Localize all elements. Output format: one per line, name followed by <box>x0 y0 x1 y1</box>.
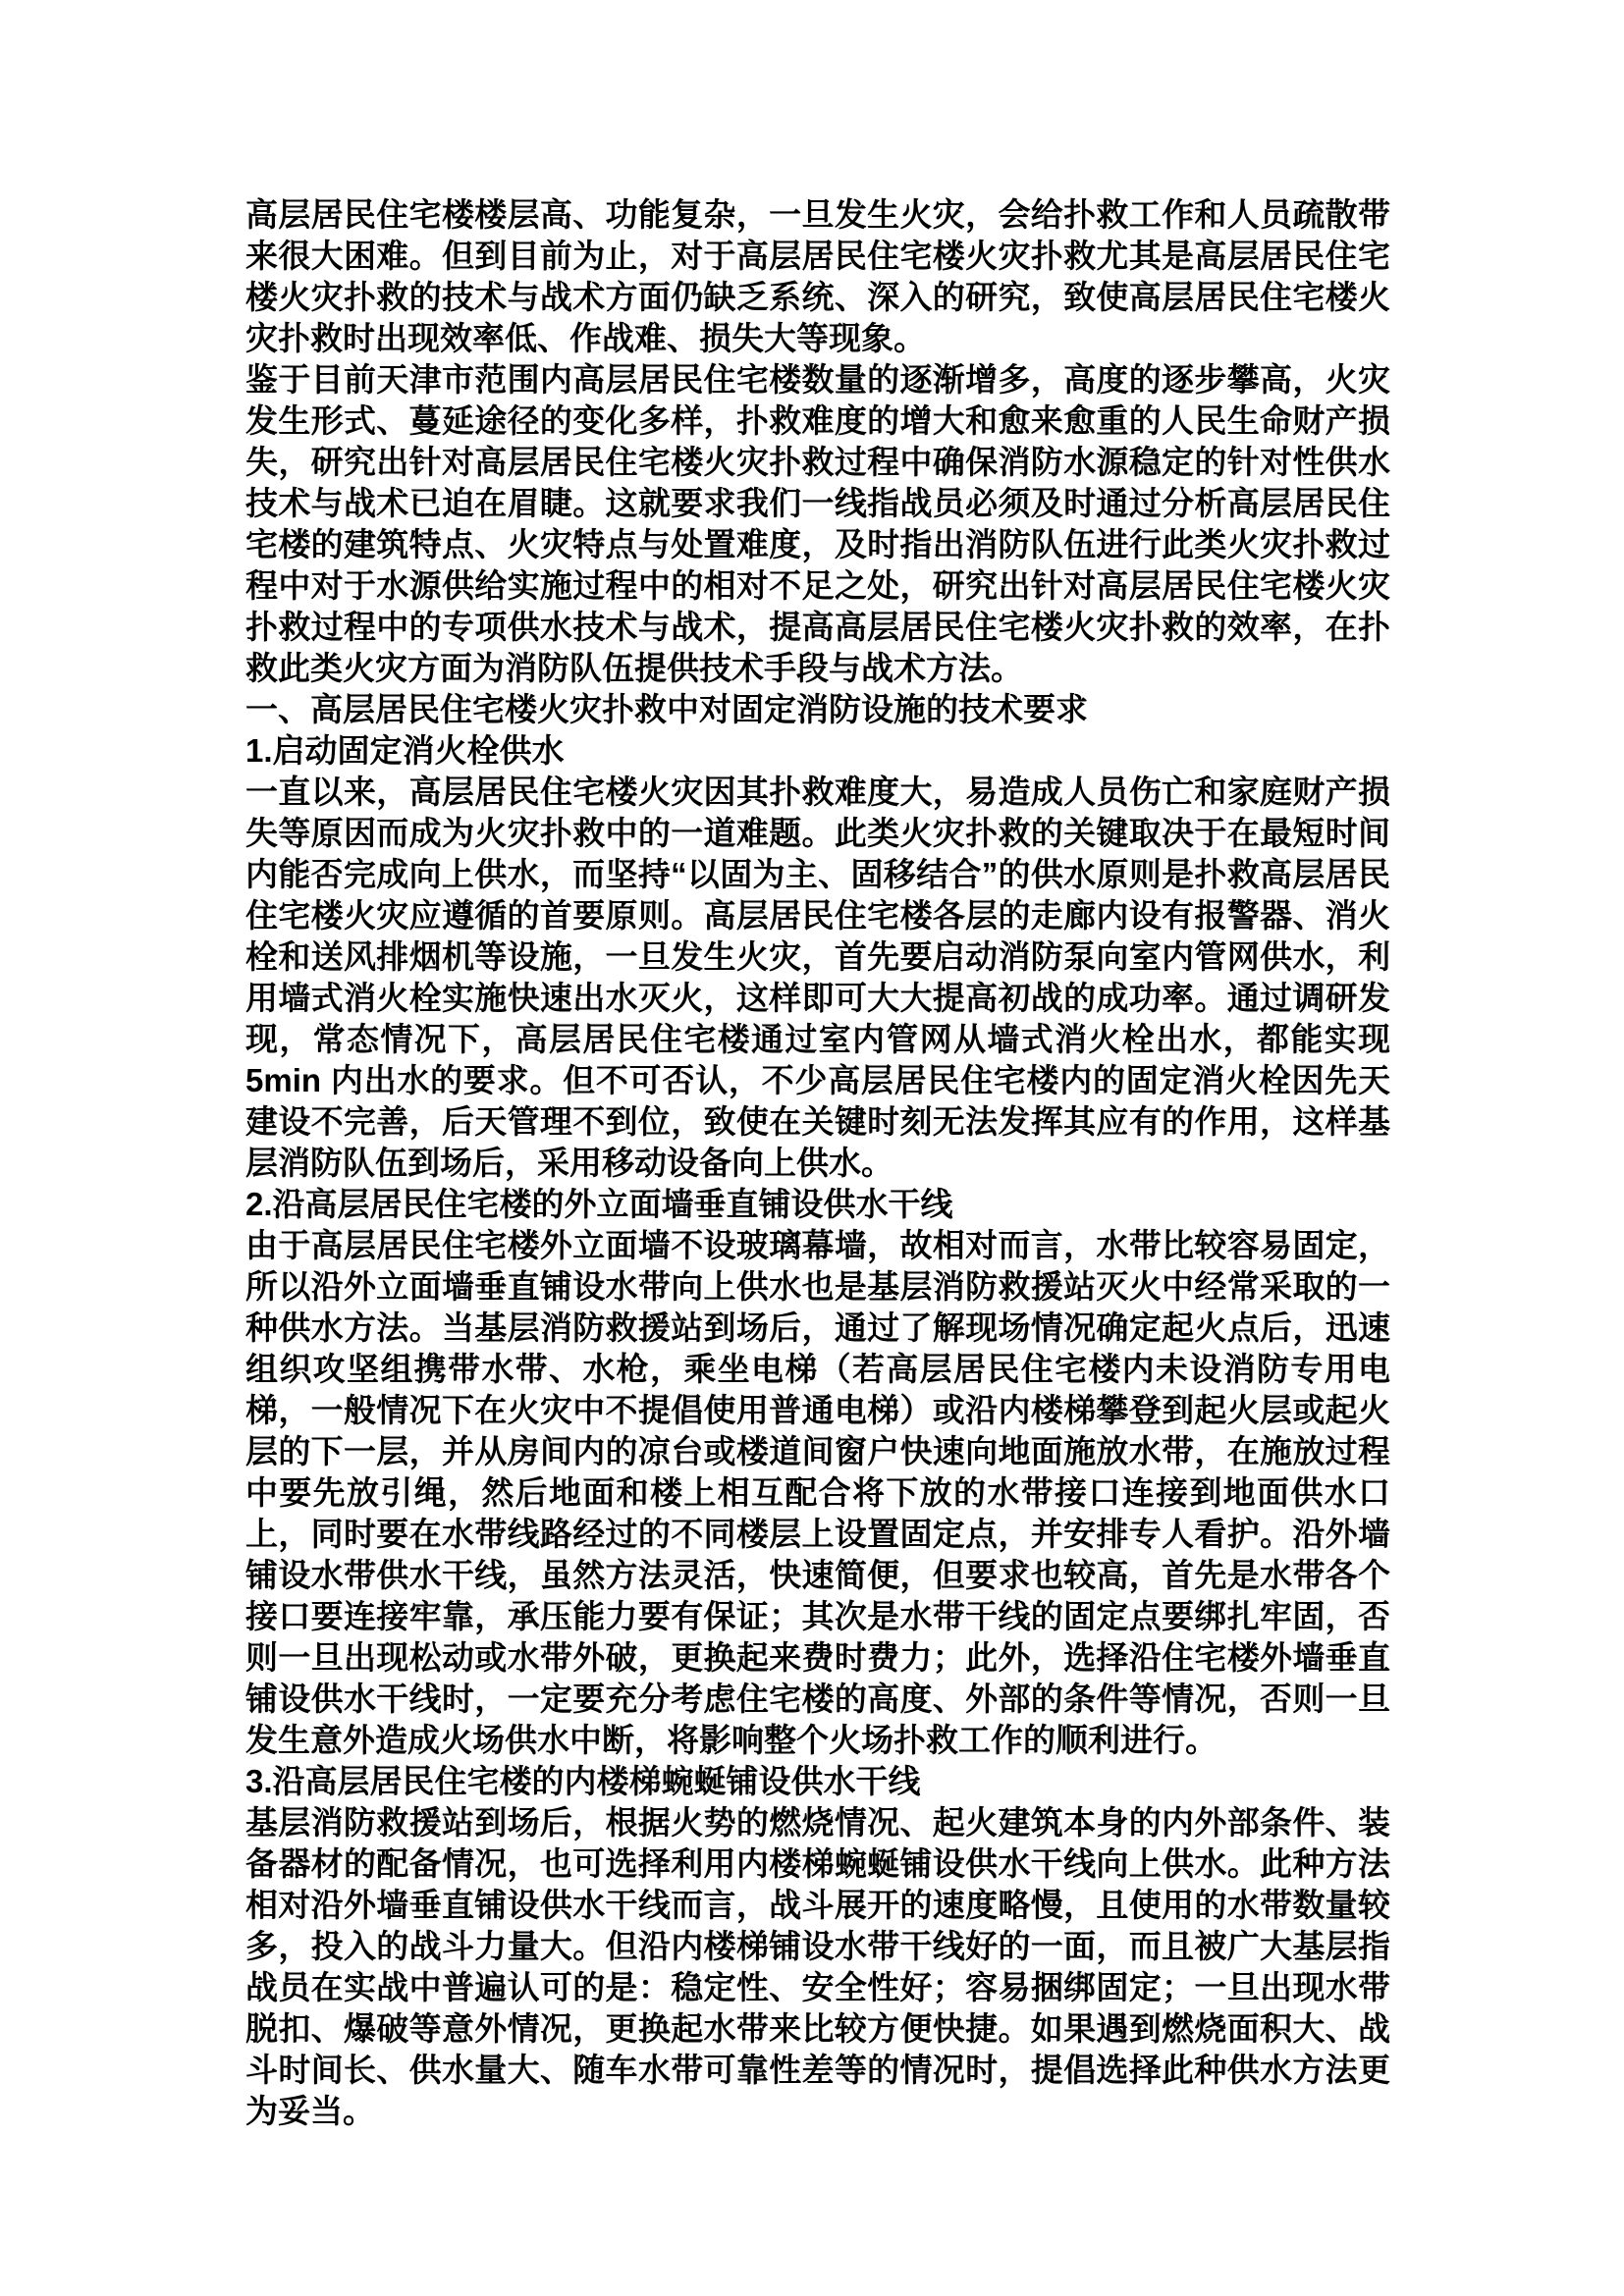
heading-sub-1: 1.启动固定消火栓供水 <box>245 730 1390 772</box>
heading-section-1: 一、高层居民住宅楼火灾扑救中对固定消防设施的技术要求 <box>245 689 1390 730</box>
paragraph-exterior-wall-hose: 由于高层居民住宅楼外立面墙不设玻璃幕墙，故相对而言，水带比较容易固定，所以沿外立… <box>245 1225 1390 1761</box>
paragraph-fixed-hydrant: 一直以来，高层居民住宅楼火灾因其扑救难度大，易造成人员伤亡和家庭财产损失等原因而… <box>245 772 1390 1184</box>
heading-sub-3: 3.沿高层居民住宅楼的内楼梯蜿蜒铺设供水干线 <box>245 1761 1390 1802</box>
document-page: 高层居民住宅楼楼层高、功能复杂，一旦发生火灾，会给扑救工作和人员疏散带来很大困难… <box>245 194 1390 2132</box>
paragraph-intro: 高层居民住宅楼楼层高、功能复杂，一旦发生火灾，会给扑救工作和人员疏散带来很大困难… <box>245 194 1390 359</box>
paragraph-background: 鉴于目前天津市范围内高层居民住宅楼数量的逐渐增多，高度的逐步攀高，火灾发生形式、… <box>245 359 1390 689</box>
heading-sub-2: 2.沿高层居民住宅楼的外立面墙垂直铺设供水干线 <box>245 1184 1390 1225</box>
paragraph-interior-stair-hose: 基层消防救援站到场后，根据火势的燃烧情况、起火建筑本身的内外部条件、装备器材的配… <box>245 1802 1390 2132</box>
